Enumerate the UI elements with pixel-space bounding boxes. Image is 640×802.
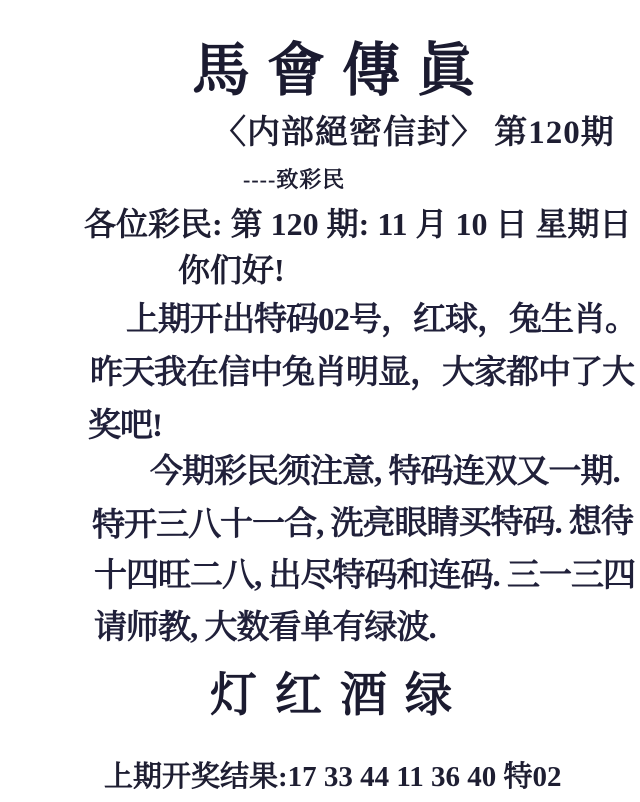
- document-subtitle: 〈内部絕密信封〉 第120期: [213, 117, 615, 150]
- previous-draw-result-line: 上期开奖结果:17 33 44 11 36 40 特02: [104, 763, 562, 792]
- dedication-line: ----致彩民: [243, 169, 345, 191]
- paragraph1-line-3: 奖吧!: [88, 410, 162, 443]
- paragraph2-line-3: 十四旺二八, 出尽特码和连码. 三一三四: [94, 560, 635, 593]
- paragraph1-line-2: 昨天我在信中兔肖明显，大家都中了大: [90, 357, 634, 390]
- document-title: 馬會傳眞: [192, 42, 492, 100]
- paragraph2-line-1: 今期彩民须注意, 特码连双又一期.: [150, 456, 620, 489]
- paragraph2-line-2: 特开三八十一合, 洗亮眼睛买特码. 想待: [92, 506, 633, 543]
- paragraph1-line-1: 上期开出特码02号，红球，兔生肖。: [126, 304, 637, 337]
- salutation-line-1: 各位彩民: 第 120 期: 11 月 10 日 星期日: [84, 208, 632, 240]
- salutation-line-2: 你们好!: [178, 254, 285, 286]
- fax-document: 馬會傳眞 〈内部絕密信封〉 第120期 ----致彩民 各位彩民: 第 120 …: [0, 0, 640, 802]
- slogan-text: 灯红酒绿: [210, 673, 470, 720]
- paragraph2-line-4: 请师教, 大数看单有绿波.: [94, 612, 436, 645]
